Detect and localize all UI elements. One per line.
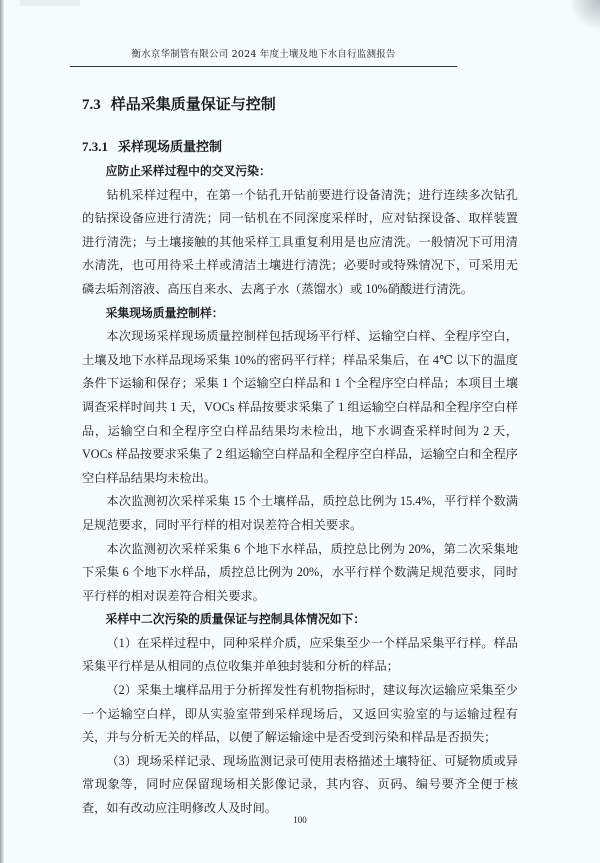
subsection-heading: 7.3.1采样现场质量控制 xyxy=(82,136,222,155)
paragraph-item-2: （2）采集土壤样品用于分析挥发性有机物指标时，建议每次运输应采集至少一个运输空白… xyxy=(82,679,518,750)
paragraph-cleaning: 钻机采样过程中，在第一个钻孔开钻前要进行设备清洗；进行连续多次钻孔的钻探设备应进… xyxy=(82,184,518,302)
document-page: 衡水京华制管有限公司 2024 年度土壤及地下水自行监测报告 7.3样品采集质量… xyxy=(0,0,600,863)
section-number: 7.3 xyxy=(82,97,101,113)
scan-artifact xyxy=(20,0,80,6)
scan-edge-shadow xyxy=(0,0,4,863)
scan-artifact xyxy=(572,0,600,28)
section-title: 样品采集质量保证与控制 xyxy=(111,95,276,113)
paragraph-heading-cross-contamination: 应防止采样过程中的交叉污染： xyxy=(82,160,518,184)
section-heading: 7.3样品采集质量保证与控制 xyxy=(82,93,276,114)
paragraph-qc-samples: 本次现场采样现场质量控制样包括现场平行样、运输空白样、全程序空白，土壤及地下水样… xyxy=(82,325,518,490)
paragraph-item-1: （1）在采样过程中，同种采样介质，应采集至少一个样品采集平行样。样品采集平行样是… xyxy=(82,632,518,679)
paragraph-groundwater-samples: 本次监测初次采样采集 6 个地下水样品，质控总比例为 20%，第二次采集地下采集… xyxy=(82,538,518,609)
paragraph-heading-qc-samples: 采集现场质量控制样： xyxy=(82,302,518,326)
paragraph-item-3: （3）现场采样记录、现场监测记录可使用表格描述土壤特征、可疑物质或异常现象等，同… xyxy=(82,750,518,821)
page-number: 100 xyxy=(0,815,600,825)
running-header: 衡水京华制管有限公司 2024 年度土壤及地下水自行监测报告 xyxy=(70,46,457,67)
subsection-title: 采样现场质量控制 xyxy=(118,140,222,155)
body-text: 应防止采样过程中的交叉污染： 钻机采样过程中，在第一个钻孔开钻前要进行设备清洗；… xyxy=(82,160,518,821)
paragraph-soil-samples: 本次监测初次采样采集 15 个土壤样品，质控总比例为 15.4%，平行样个数满足… xyxy=(82,490,518,537)
paragraph-heading-secondary-pollution: 采样中二次污染的质量保证与控制具体情况如下： xyxy=(82,608,518,632)
subsection-number: 7.3.1 xyxy=(82,139,108,154)
